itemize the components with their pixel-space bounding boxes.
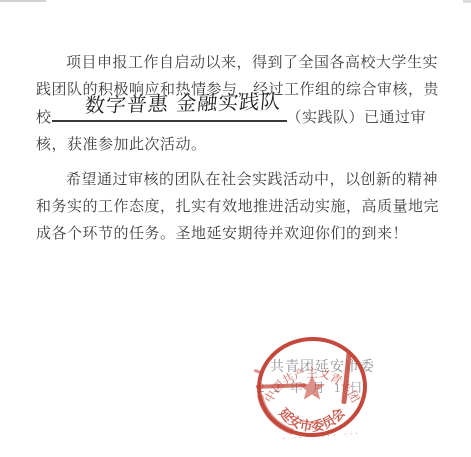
team-name-blank-underline: 数字普惠 金融实践队: [52, 104, 287, 122]
letter-document: 项目申报工作自启动以来，得到了全国各高校大学生实践团队的积极响应和热情参与，经过…: [0, 0, 471, 457]
scan-artifact-line-right: [463, 0, 471, 3]
paragraph-1: 项目申报工作自启动以来，得到了全国各高校大学生实践团队的积极响应和热情参与，经过…: [36, 50, 448, 159]
paragraph-2: 希望通过审核的团队在社会实践活动中，以创新的精神和务实的工作态度，扎实有效地推进…: [36, 167, 448, 248]
letter-body: 项目申报工作自启动以来，得到了全国各高校大学生实践团队的积极响应和热情参与，经过…: [36, 50, 448, 248]
handwritten-team-name: 数字普惠 金融实践队: [54, 89, 282, 118]
signature-seal-area: 共青团延安市委 2 2 年 月 1 日 中国共产主义青年团 延安市委员会: [248, 330, 380, 454]
scan-artifact-line-left: [0, 0, 46, 2]
